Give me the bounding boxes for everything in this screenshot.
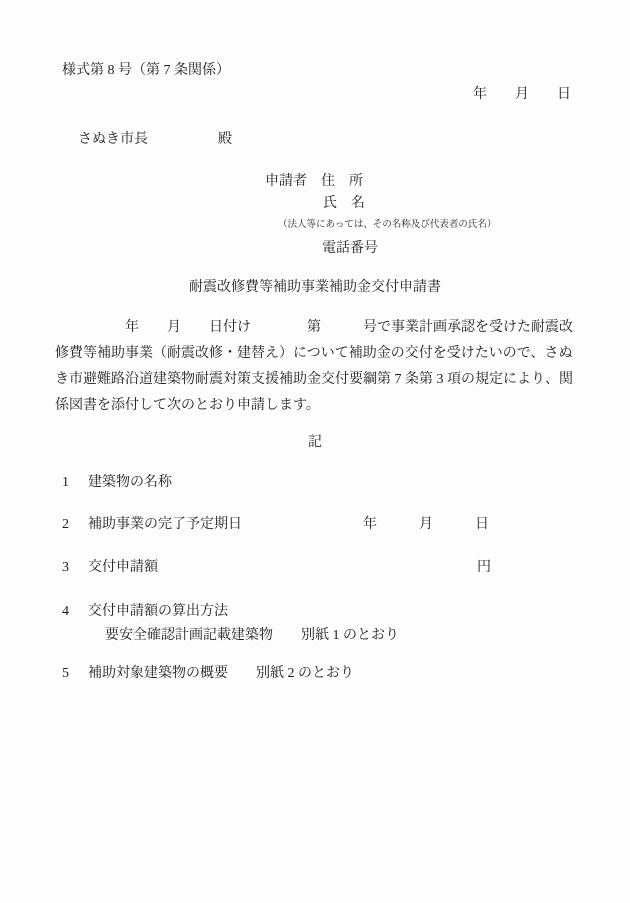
item-row-application-amount: 3 交付申請額 円 bbox=[0, 558, 630, 577]
item-label: 補助対象建築物の概要 別紙 2 のとおり bbox=[88, 664, 354, 683]
item-label: 交付申請額の算出方法 bbox=[88, 602, 228, 621]
body-line-2: 修費等補助事業（耐震改修・建替え）について補助金の交付を受けたいので、さぬ bbox=[55, 341, 595, 367]
date-blank-line: 年 月 日 bbox=[473, 85, 571, 104]
document-page: 様式第 8 号（第 7 条関係） 年 月 日 さぬき市長 殿 申請者 住 所 氏… bbox=[0, 0, 630, 903]
item-number: 1 bbox=[62, 473, 69, 492]
item-number: 4 bbox=[62, 602, 69, 621]
item-date-blanks: 年 月 日 bbox=[363, 515, 489, 534]
item-label: 建築物の名称 bbox=[88, 473, 172, 492]
item-row-calculation-method: 4 交付申請額の算出方法 bbox=[0, 602, 630, 621]
item-number: 2 bbox=[62, 515, 69, 534]
applicant-name-label: 氏 名 bbox=[323, 194, 365, 213]
item-number: 3 bbox=[62, 558, 69, 577]
applicant-phone-label: 電話番号 bbox=[322, 239, 378, 258]
applicant-corporate-note: （法人等にあっては、その名称及び代表者の氏名） bbox=[278, 219, 496, 232]
item-label: 補助事業の完了予定期日 bbox=[88, 515, 242, 534]
body-line-3: き市避難路沿道建築物耐震対策支援補助金交付要綱第 7 条第 3 項の規定により、… bbox=[55, 367, 595, 393]
item-row-building-outline: 5 補助対象建築物の概要 別紙 2 のとおり bbox=[0, 664, 630, 683]
record-marker: 記 bbox=[0, 433, 630, 452]
body-line-4: 係図書を添付して次のとおり申請します。 bbox=[55, 393, 595, 419]
item-row-building-name: 1 建築物の名称 bbox=[0, 473, 630, 492]
item-sub-note: 要安全確認計画記載建築物 別紙 1 のとおり bbox=[105, 626, 399, 645]
form-number: 様式第 8 号（第 7 条関係） bbox=[62, 61, 230, 80]
item-label: 交付申請額 bbox=[88, 558, 158, 577]
item-unit-yen: 円 bbox=[477, 558, 491, 577]
document-title: 耐震改修費等補助事業補助金交付申請書 bbox=[0, 278, 630, 297]
item-number: 5 bbox=[62, 664, 69, 683]
body-paragraph: 年 月 日付け 第 号で事業計画承認を受けた耐震改 修費等補助事業（耐震改修・建… bbox=[55, 315, 595, 419]
body-line-1: 年 月 日付け 第 号で事業計画承認を受けた耐震改 bbox=[55, 315, 595, 341]
item-row-completion-date: 2 補助事業の完了予定期日 年 月 日 bbox=[0, 515, 630, 534]
addressee-line: さぬき市長 殿 bbox=[78, 130, 232, 149]
applicant-address-label: 申請者 住 所 bbox=[265, 172, 363, 191]
